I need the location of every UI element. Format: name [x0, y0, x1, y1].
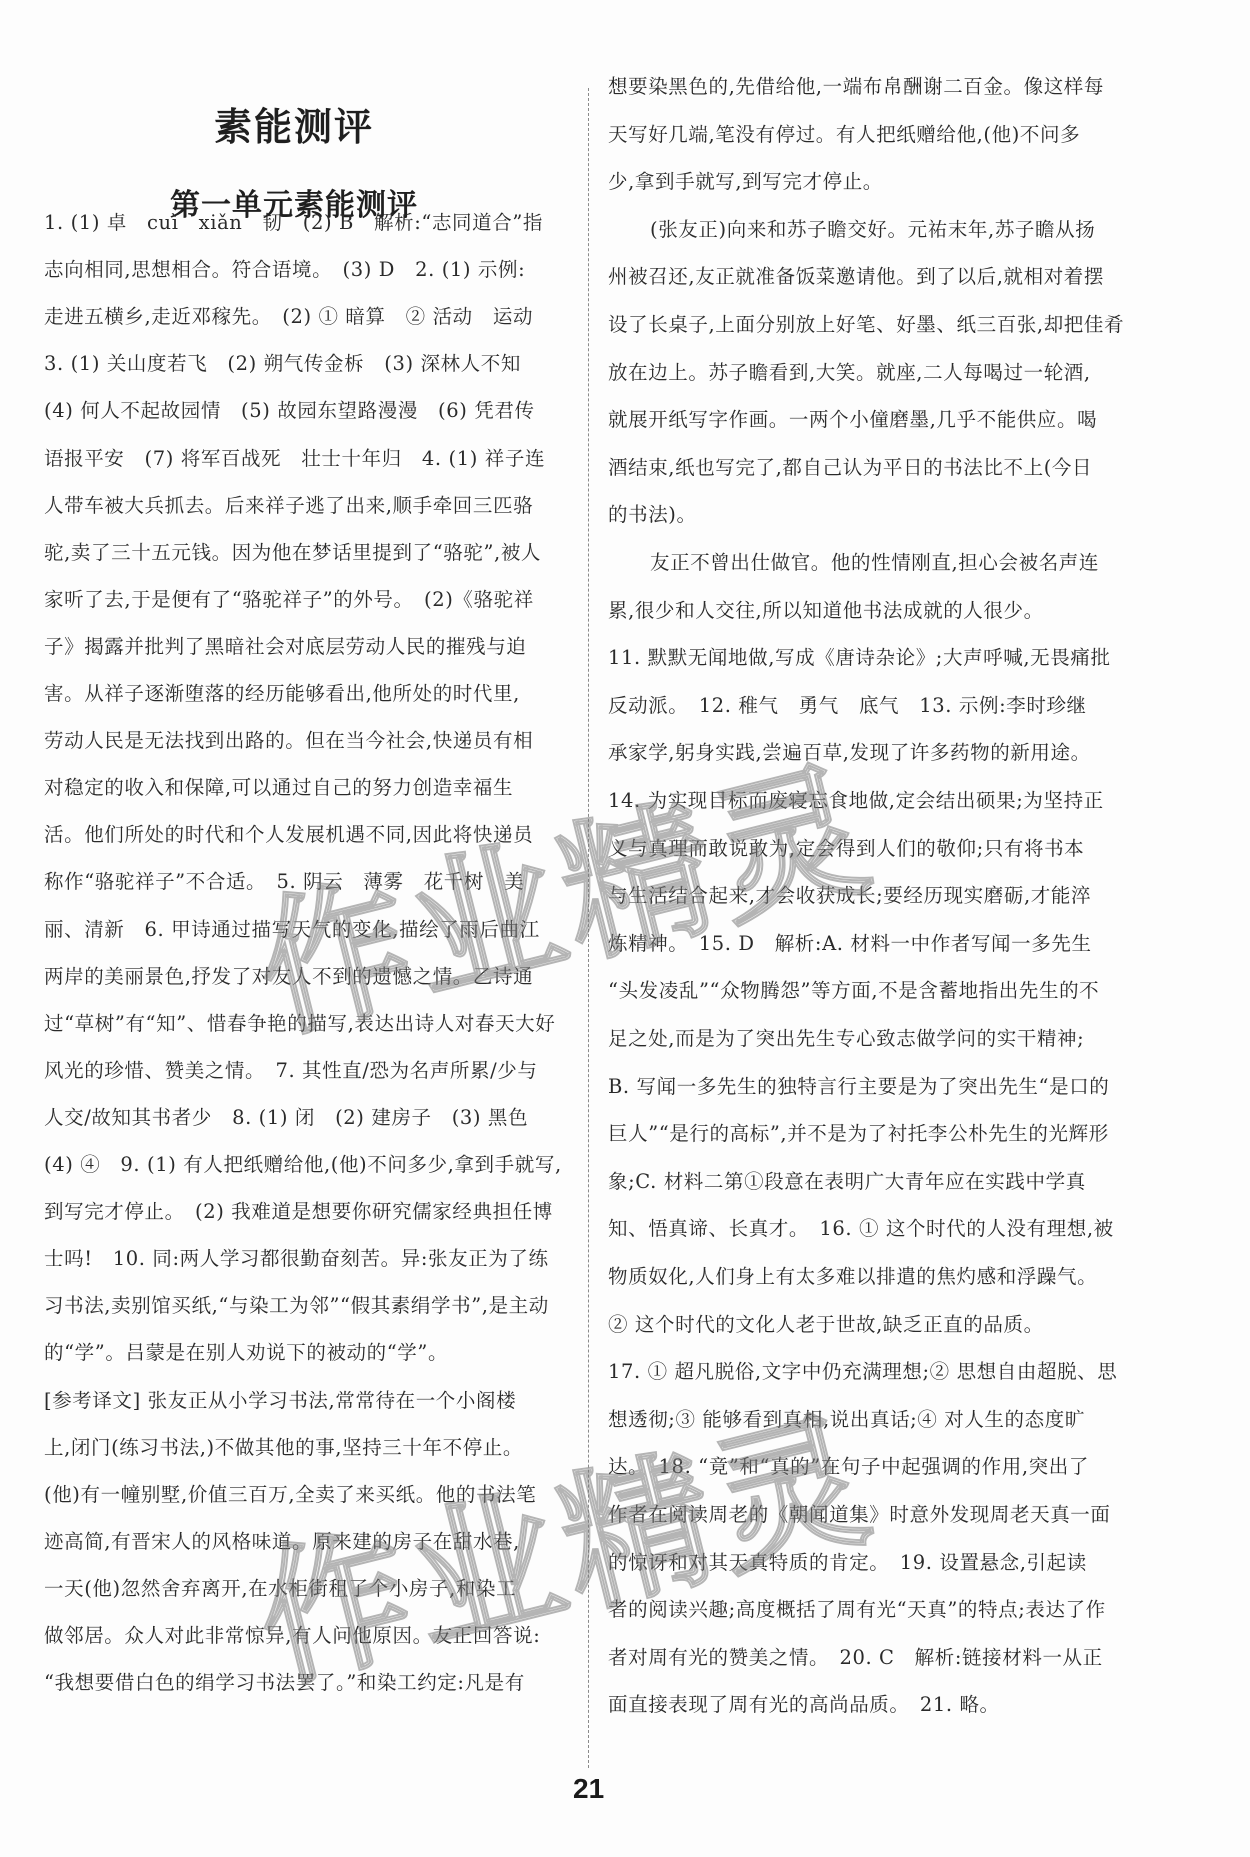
text-line: 志向相同,思想相合。符合语境。 (3) D 2. (1) 示例: [44, 258, 525, 282]
text-line: 称作“骆驼祥子”不合适。 5. 阴云 薄雾 花千树 美 [44, 870, 524, 894]
text-line: 放在边上。苏子瞻看到,大笑。就座,二人每喝过一轮酒, [608, 361, 1091, 385]
text-line: 士吗! 10. 同:两人学习都很勤奋刻苦。异:张友正为了练 [44, 1247, 549, 1271]
text-line: 就展开纸写字作画。一两个小僮磨墨,几乎不能供应。喝 [608, 408, 1097, 432]
text-line: 面直接表现了周有光的高尚品质。 21. 略。 [608, 1693, 1000, 1717]
text-line: 少,拿到手就写,到写完才停止。 [608, 170, 883, 194]
text-line: 一天(他)忽然舍弃离开,在水柜街租了个小房子,和染工 [44, 1577, 516, 1601]
text-line: 天写好几端,笔没有停过。有人把纸赠给他,(他)不问多 [608, 123, 1080, 147]
text-line: (他)有一幢别墅,价值三百万,全卖了来买纸。他的书法笔 [44, 1483, 536, 1507]
text-line: 到写完才停止。 (2) 我难道是想要你研究儒家经典担任博 [44, 1200, 553, 1224]
text-line: 习书法,卖别馆买纸,“与染工为邻”“假其素绢学书”,是主动 [44, 1294, 549, 1318]
text-line: 3. (1) 关山度若飞 (2) 朔气传金柝 (3) 深林人不知 [44, 352, 521, 376]
text-line: 巨人”“是行的高标”,并不是为了衬托李公朴先生的光辉形 [608, 1122, 1109, 1146]
text-line: 劳动人民是无法找到出路的。但在当今社会,快递员有相 [44, 729, 533, 753]
text-line: B. 写闻一多先生的独特言行主要是为了突出先生“是口的 [608, 1075, 1109, 1099]
text-line: [参考译文] 张友正从小学习书法,常常待在一个小阁楼 [44, 1389, 516, 1413]
text-line: 驼,卖了三十五元钱。因为他在梦话里提到了“骆驼”,被人 [44, 541, 541, 565]
text-line: 作者在阅读周老的《朝闻道集》时意外发现周老天真一面 [608, 1503, 1111, 1527]
text-line: 风光的珍惜、赞美之情。 7. 其性直/恐为名声所累/少与 [44, 1059, 538, 1083]
text-line: 家听了去,于是便有了“骆驼祥子”的外号。 (2)《骆驼祥 [44, 588, 534, 612]
text-line: 迹高简,有晋宋人的风格味道。原来建的房子在甜水巷, [44, 1530, 520, 1554]
text-line: 想透彻;③ 能够看到真相,说出真话;④ 对人生的态度旷 [608, 1408, 1085, 1432]
text-line: 活。他们所处的时代和个人发展机遇不同,因此将快递员 [44, 823, 533, 847]
text-line: (张友正)向来和苏子瞻交好。元祐末年,苏子瞻从扬 [608, 218, 1095, 242]
text-line: 害。从祥子逐渐堕落的经历能够看出,他所处的时代里, [44, 682, 520, 706]
text-line: 14. 为实现目标而废寝忘食地做,定会结出硕果;为坚持正 [608, 789, 1104, 813]
text-line: 义与真理而敢说敢为,定会得到人们的敬仰;只有将书本 [608, 837, 1084, 861]
text-line: 的“学”。吕蒙是在别人劝说下的被动的“学”。 [44, 1341, 448, 1365]
text-line: 人交/故知其书者少 8. (1) 闭 (2) 建房子 (3) 黑色 [44, 1106, 528, 1130]
page-title: 素能测评 [0, 96, 588, 151]
text-line: 象;C. 材料二第①段意在表明广大青年应在实践中学真 [608, 1170, 1086, 1194]
text-line: 1. (1) 卓 cuì xiǎn 韧 (2) B 解析:“志同道合”指 [44, 211, 543, 235]
text-line: 丽、清新 6. 甲诗通过描写天气的变化,描绘了雨后曲江 [44, 918, 540, 942]
text-line: 达。 18. “竟”和“真的”在句子中起强调的作用,突出了 [608, 1455, 1089, 1479]
text-line: 做邻居。众人对此非常惊异,有人问他原因。友正回答说: [44, 1624, 540, 1648]
page-number: 21 [573, 1773, 604, 1805]
text-line: 子》揭露并批判了黑暗社会对底层劳动人民的摧残与迫 [44, 635, 526, 659]
text-line: 与生活结合起来,才会收获成长;要经历现实磨砺,才能淬 [608, 884, 1091, 908]
text-line: 人带车被大兵抓去。后来祥子逃了出来,顺手牵回三匹骆 [44, 494, 533, 518]
text-line: 两岸的美丽景色,抒发了对友人不到的遗憾之情。乙诗通 [44, 965, 533, 989]
text-line: 者的阅读兴趣;高度概括了周有光“天真”的特点;表达了作 [608, 1598, 1106, 1622]
column-divider [588, 88, 589, 1768]
text-line: 友正不曾出仕做官。他的性情刚直,担心会被名声连 [608, 551, 1099, 575]
text-line: 走进五横乡,走近邓稼先。 (2) ① 暗算 ② 活动 运动 [44, 305, 533, 329]
text-line: 17. ① 超凡脱俗,文字中仍充满理想;② 思想自由超脱、思 [608, 1360, 1117, 1384]
text-line: “头发凌乱”“众物腾怨”等方面,不是含蓄地指出先生的不 [608, 979, 1099, 1003]
text-line: 对稳定的收入和保障,可以通过自己的努力创造幸福生 [44, 776, 513, 800]
text-line: 的书法)。 [608, 503, 697, 527]
text-line: 设了长桌子,上面分别放上好笔、好墨、纸三百张,却把佳肴 [608, 313, 1124, 337]
text-line: (4) ④ 9. (1) 有人把纸赠给他,(他)不问多少,拿到手就写, [44, 1153, 562, 1177]
text-line: 反动派。 12. 稚气 勇气 底气 13. 示例:李时珍继 [608, 694, 1087, 718]
text-line: 足之处,而是为了突出先生专心致志做学问的实干精神; [608, 1027, 1084, 1051]
text-line: (4) 何人不起故园情 (5) 故园东望路漫漫 (6) 凭君传 [44, 399, 535, 423]
text-line: 者对周有光的赞美之情。 20. C 解析:链接材料一从正 [608, 1646, 1103, 1670]
text-line: 酒结束,纸也写完了,都自己认为平日的书法比不上(今日 [608, 456, 1092, 480]
text-line: 承家学,躬身实践,尝遍百草,发现了许多药物的新用途。 [608, 741, 1091, 765]
text-line: 11. 默默无闻地做,写成《唐诗杂论》;大声呼喊,无畏痛批 [608, 646, 1111, 670]
text-line: 语报平安 (7) 将军百战死 壮士十年归 4. (1) 祥子连 [44, 447, 545, 471]
text-line: 的惊讶和对其天真特质的肯定。 19. 设置悬念,引起读 [608, 1551, 1087, 1575]
text-line: 上,闭门(练习书法,)不做其他的事,坚持三十年不停止。 [44, 1436, 523, 1460]
text-line: ② 这个时代的文化人老于世故,缺乏正直的品质。 [608, 1313, 1044, 1337]
text-line: 物质奴化,人们身上有太多难以排遣的焦灼感和浮躁气。 [608, 1265, 1097, 1289]
text-line: 州被召还,友正就准备饭菜邀请他。到了以后,就相对着摆 [608, 265, 1104, 289]
text-line: 知、悟真谛、长真才。 16. ① 这个时代的人没有理想,被 [608, 1217, 1114, 1241]
text-line: 累,很少和人交往,所以知道他书法成就的人很少。 [608, 599, 1044, 623]
text-line: “我想要借白色的绢学习书法罢了。”和染工约定:凡是有 [44, 1671, 525, 1695]
text-line: 过“草树”有“知”、惜春争艳的描写,表达出诗人对春天大好 [44, 1012, 555, 1036]
text-line: 炼精神。 15. D 解析:A. 材料一中作者写闻一多先生 [608, 932, 1092, 956]
text-line: 想要染黑色的,先借给他,一端布帛酬谢二百金。像这样每 [608, 75, 1104, 99]
